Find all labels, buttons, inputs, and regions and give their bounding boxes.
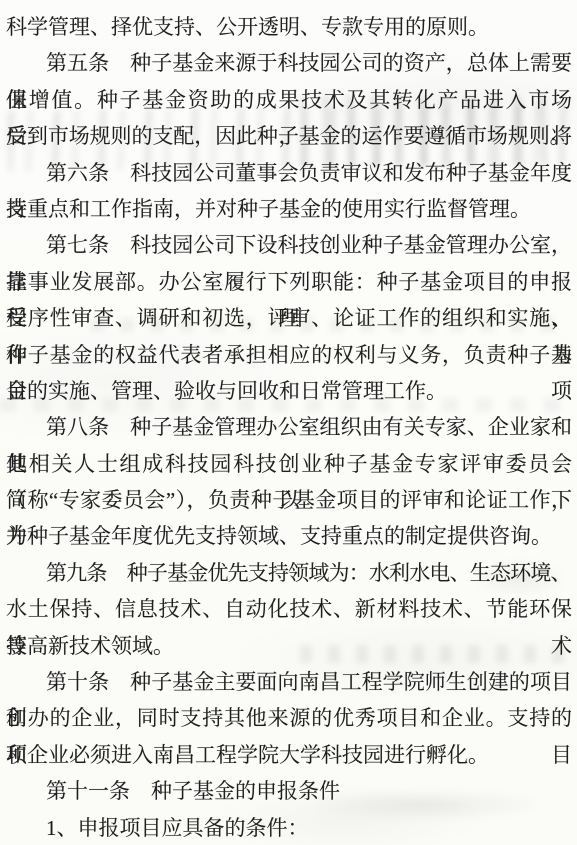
text-line: 靠事业发展部。办公室履行下列职能：种子基金项目的申报受理、 — [6, 264, 572, 300]
text-line: 第十一条 种子基金的申报条件 — [6, 773, 572, 809]
text-line: 第十条 种子基金主要面向南昌工程学院师生创建的项目和 — [6, 664, 572, 700]
text-line: 第七条 科技园公司下设科技创业种子基金管理办公室，挂 — [6, 227, 572, 263]
text-line: 种子基金的权益代表者承担相应的权利与义务，负责种子基金项 — [6, 337, 572, 373]
text-line: 科学管理、择优支持、公开透明、专款专用的原则。 — [6, 9, 572, 45]
text-line: 第六条 科技园公司董事会负责审议和发布种子基金年度支 — [6, 155, 572, 191]
text-line: 和企业必须进入南昌工程学院大学科技园进行孵化。 — [6, 737, 572, 773]
text-line: 第九条 种子基金优先支持领域为：水利水电、生态环境、 — [6, 555, 572, 591]
text-line: 值增值。种子基金资助的成果技术及其转化产品进入市场后，将 — [6, 82, 572, 118]
text-line: 水土保持、信息技术、自动化技术、新材料技术、节能环保技术 — [6, 591, 572, 627]
text-line: 程序性审查、调研和初选，评审、论证工作的组织和实施，作为 — [6, 300, 572, 336]
text-line: 创办的企业，同时支持其他来源的优秀项目和企业。支持的项目 — [6, 700, 572, 736]
scanned-document-page: { "page": { "background_color": "#fbfbf8… — [0, 0, 577, 845]
text-line: 为种子基金年度优先支持领域、支持重点的制定提供咨询。 — [6, 518, 572, 554]
text-line: 简称“专家委员会”），负责种子基金项目的评审和论证工作，并 — [6, 482, 572, 518]
text-line: 第五条 种子基金来源于科技园公司的资产，总体上需要保 — [6, 45, 572, 81]
document-body: 科学管理、择优支持、公开透明、专款专用的原则。第五条 种子基金来源于科技园公司的… — [0, 0, 577, 845]
text-line: 持重点和工作指南，并对种子基金的使用实行监督管理。 — [6, 191, 572, 227]
text-line: 他相关人士组成科技园科技创业种子基金专家评审委员会（以下 — [6, 446, 572, 482]
text-line: 第八条 种子基金管理办公室组织由有关专家、企业家和其 — [6, 409, 572, 445]
text-line: 1、申报项目应具备的条件： — [6, 810, 572, 845]
text-line: 受到市场规则的支配，因此种子基金的运作要遵循市场规则。 — [6, 118, 572, 154]
